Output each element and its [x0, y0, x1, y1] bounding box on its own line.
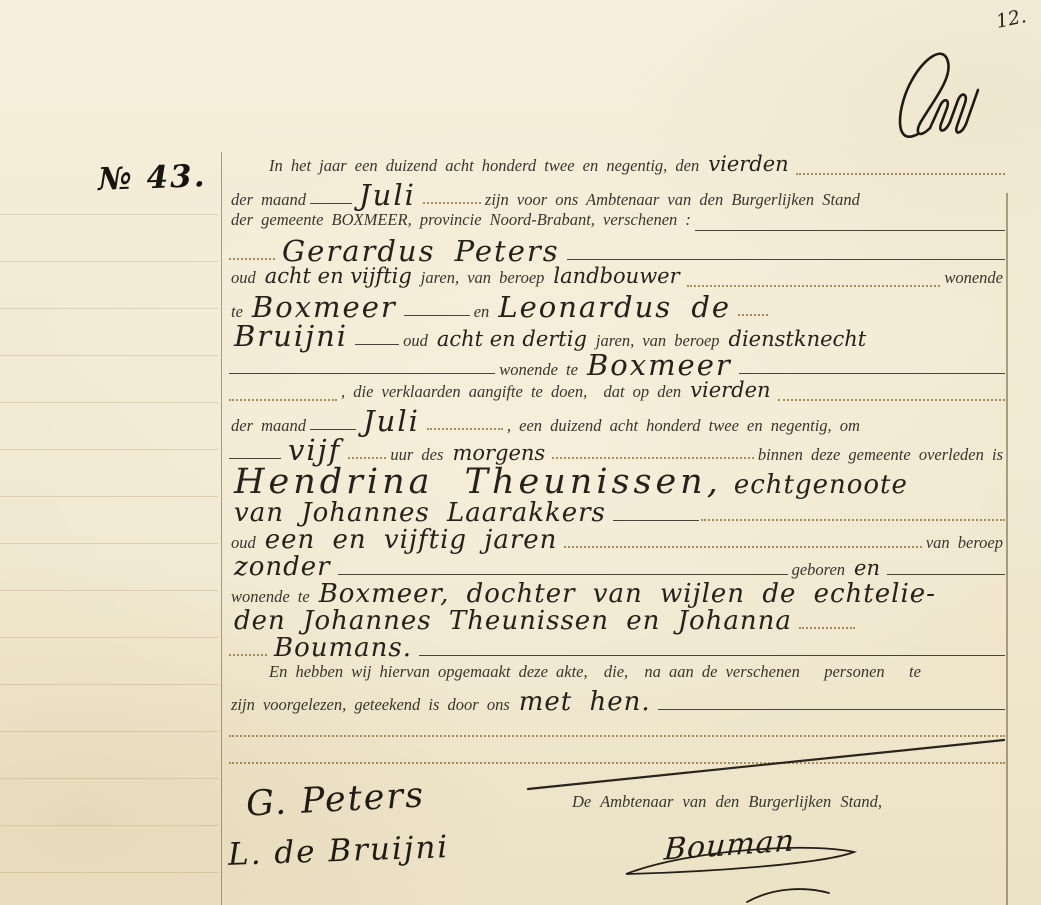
solid-rule [404, 315, 470, 316]
printed-form-text: wonende te [231, 587, 310, 606]
left-margin-rule [221, 152, 222, 905]
document-line: der maandJulizijn voor ons Ambtenaar van… [228, 181, 1006, 210]
document-line: der maandJuli, een duizend acht honderd … [228, 407, 1006, 436]
handwritten-entry: den Johannes Theunissen en Johanna [234, 608, 792, 634]
document-line: der gemeente BOXMEER, provincie Noord-Br… [228, 210, 1006, 237]
handwritten-entry: Boxmeer [252, 293, 397, 322]
handwritten-entry: Hendrina Theunissen, [234, 465, 722, 500]
solid-rule [887, 574, 1005, 575]
printed-form-text: van beroep [926, 533, 1003, 552]
handwritten-entry: dienstknecht [729, 329, 867, 350]
printed-form-text: jaren, van beroep [421, 268, 545, 287]
printed-form-text: wonende [944, 268, 1003, 287]
handwritten-entry: Boumans. [274, 635, 412, 661]
handwritten-entry: vierden [708, 154, 788, 175]
page-number: 12. [994, 5, 1028, 33]
document-line: Gerardus Peters [228, 237, 1006, 266]
handwritten-entry: van Johannes Laarakkers [234, 500, 606, 526]
handwritten-entry: een en vijftig jaren [265, 527, 558, 553]
document-line: den Johannes Theunissen en Johanna [228, 608, 1006, 635]
document-line: En hebben wij hiervan opgemaakt deze akt… [228, 662, 1006, 689]
dotted-rule [701, 519, 1005, 521]
handwritten-entry: vijf [288, 436, 341, 465]
document-line: Boumans. [228, 635, 1006, 662]
document-body: In het jaar een duizend acht honderd twe… [228, 154, 1006, 770]
document-line: Bruijnioudacht en dertigjaren, van beroe… [228, 322, 1006, 351]
printed-form-text: En hebben wij hiervan opgemaakt deze akt… [269, 662, 921, 681]
printed-form-text: oud [231, 268, 256, 287]
handwritten-entry: Gerardus Peters [282, 237, 560, 266]
printed-form-text: geboren [792, 560, 845, 579]
document-line: zondergeborenen [228, 554, 1006, 581]
solid-rule [567, 259, 1005, 260]
handwritten-entry: Boxmeer, dochter van wijlen de echtelie- [319, 581, 936, 607]
dotted-rule [687, 285, 941, 287]
document-line: vijfuur desmorgensbinnen deze gemeente o… [228, 436, 1006, 465]
handwritten-entry: met hen. [519, 689, 651, 715]
handwritten-entry: zonder [234, 554, 331, 580]
solid-rule [338, 574, 788, 575]
printed-form-text: en [474, 302, 490, 321]
handwritten-entry: landbouwer [553, 266, 679, 287]
printed-form-text: , een duizend acht honderd twee en negen… [507, 416, 860, 435]
printed-form-text: , die verklaarden aangifte te doen, dat … [341, 382, 681, 401]
handwritten-entry: en [854, 558, 880, 579]
document-line: oudeen en vijftig jarenvan beroep [228, 527, 1006, 554]
signature-flourish-icon [618, 836, 878, 882]
document-line: , die verklaarden aangifte te doen, dat … [228, 380, 1006, 407]
solid-rule [229, 373, 495, 374]
document-line: van Johannes Laarakkers [228, 500, 1006, 527]
cutoff-signature-stroke [742, 884, 834, 904]
solid-rule [355, 344, 399, 345]
registration-number: № 43. [97, 158, 207, 198]
handwritten-entry: morgens [452, 443, 545, 464]
handwritten-entry: vierden [690, 380, 770, 401]
dotted-rule [799, 627, 855, 629]
cancellation-stroke [520, 733, 1012, 795]
solid-rule [229, 458, 281, 459]
document-line: wonende teBoxmeer, dochter van wijlen de… [228, 581, 1006, 608]
dotted-rule [564, 546, 921, 548]
printed-form-text: binnen deze gemeente overleden is [758, 445, 1003, 464]
solid-rule [310, 429, 356, 430]
printed-form-text: zijn voorgelezen, geteekend is door ons [231, 695, 510, 714]
printed-form-text: der maand [231, 190, 306, 209]
handwritten-entry: Leonardus de [498, 293, 731, 322]
dotted-rule [778, 399, 1005, 401]
document-line: Hendrina Theunissen,echtgenoote [228, 465, 1006, 500]
dotted-rule [552, 457, 754, 459]
handwritten-entry: Bruijni [234, 322, 348, 351]
handwritten-entry: Juli [359, 181, 416, 210]
official-title: De Ambtenaar van den Burgerlijken Stand, [572, 792, 882, 812]
document-line: wonende teBoxmeer [228, 351, 1006, 380]
dotted-rule [423, 202, 481, 204]
printed-form-text: der gemeente BOXMEER, provincie Noord-Br… [231, 210, 691, 229]
document-line: In het jaar een duizend acht honderd twe… [228, 154, 1006, 181]
death-certificate-scan: 12. № 43. In het jaar een duizend acht h… [0, 0, 1041, 905]
printed-form-text: oud [231, 533, 256, 552]
solid-rule [310, 203, 352, 204]
handwritten-entry: Boxmeer [587, 351, 732, 380]
signature-declarant-2: L. de Bruijni [227, 829, 449, 873]
document-line: teBoxmeerenLeonardus de [228, 293, 1006, 322]
solid-rule [695, 230, 1005, 231]
printed-form-text: oud [403, 331, 428, 350]
printed-form-text: zijn voor ons Ambtenaar van den Burgerli… [485, 190, 860, 209]
solid-rule [419, 655, 1005, 656]
dotted-rule [427, 428, 503, 430]
page-edge-rule [1006, 193, 1008, 905]
document-line: zijn voorgelezen, geteekend is door onsm… [228, 689, 1006, 716]
handwritten-entry: acht en dertig [437, 329, 587, 350]
dotted-rule [348, 457, 386, 459]
dotted-rule [796, 173, 1005, 175]
dotted-rule [229, 258, 275, 260]
printed-form-text: In het jaar een duizend acht honderd twe… [269, 156, 699, 175]
printed-form-text: wonende te [499, 360, 578, 379]
dotted-rule [229, 654, 267, 656]
left-margin-ruled-lines [0, 168, 218, 898]
solid-rule [739, 373, 1005, 374]
dotted-rule [738, 314, 768, 316]
dotted-rule [229, 399, 337, 401]
handwritten-entry: Juli [363, 407, 420, 436]
document-line: oudacht en vijftigjaren, van beroeplandb… [228, 266, 1006, 293]
paraph-flourish-icon [884, 34, 1024, 142]
handwritten-entry: acht en vijftig [265, 266, 412, 287]
handwritten-entry: echtgenoote [734, 472, 908, 498]
signature-declarant-1: G. Peters [245, 775, 426, 824]
solid-rule [613, 520, 699, 521]
solid-rule [658, 709, 1005, 710]
